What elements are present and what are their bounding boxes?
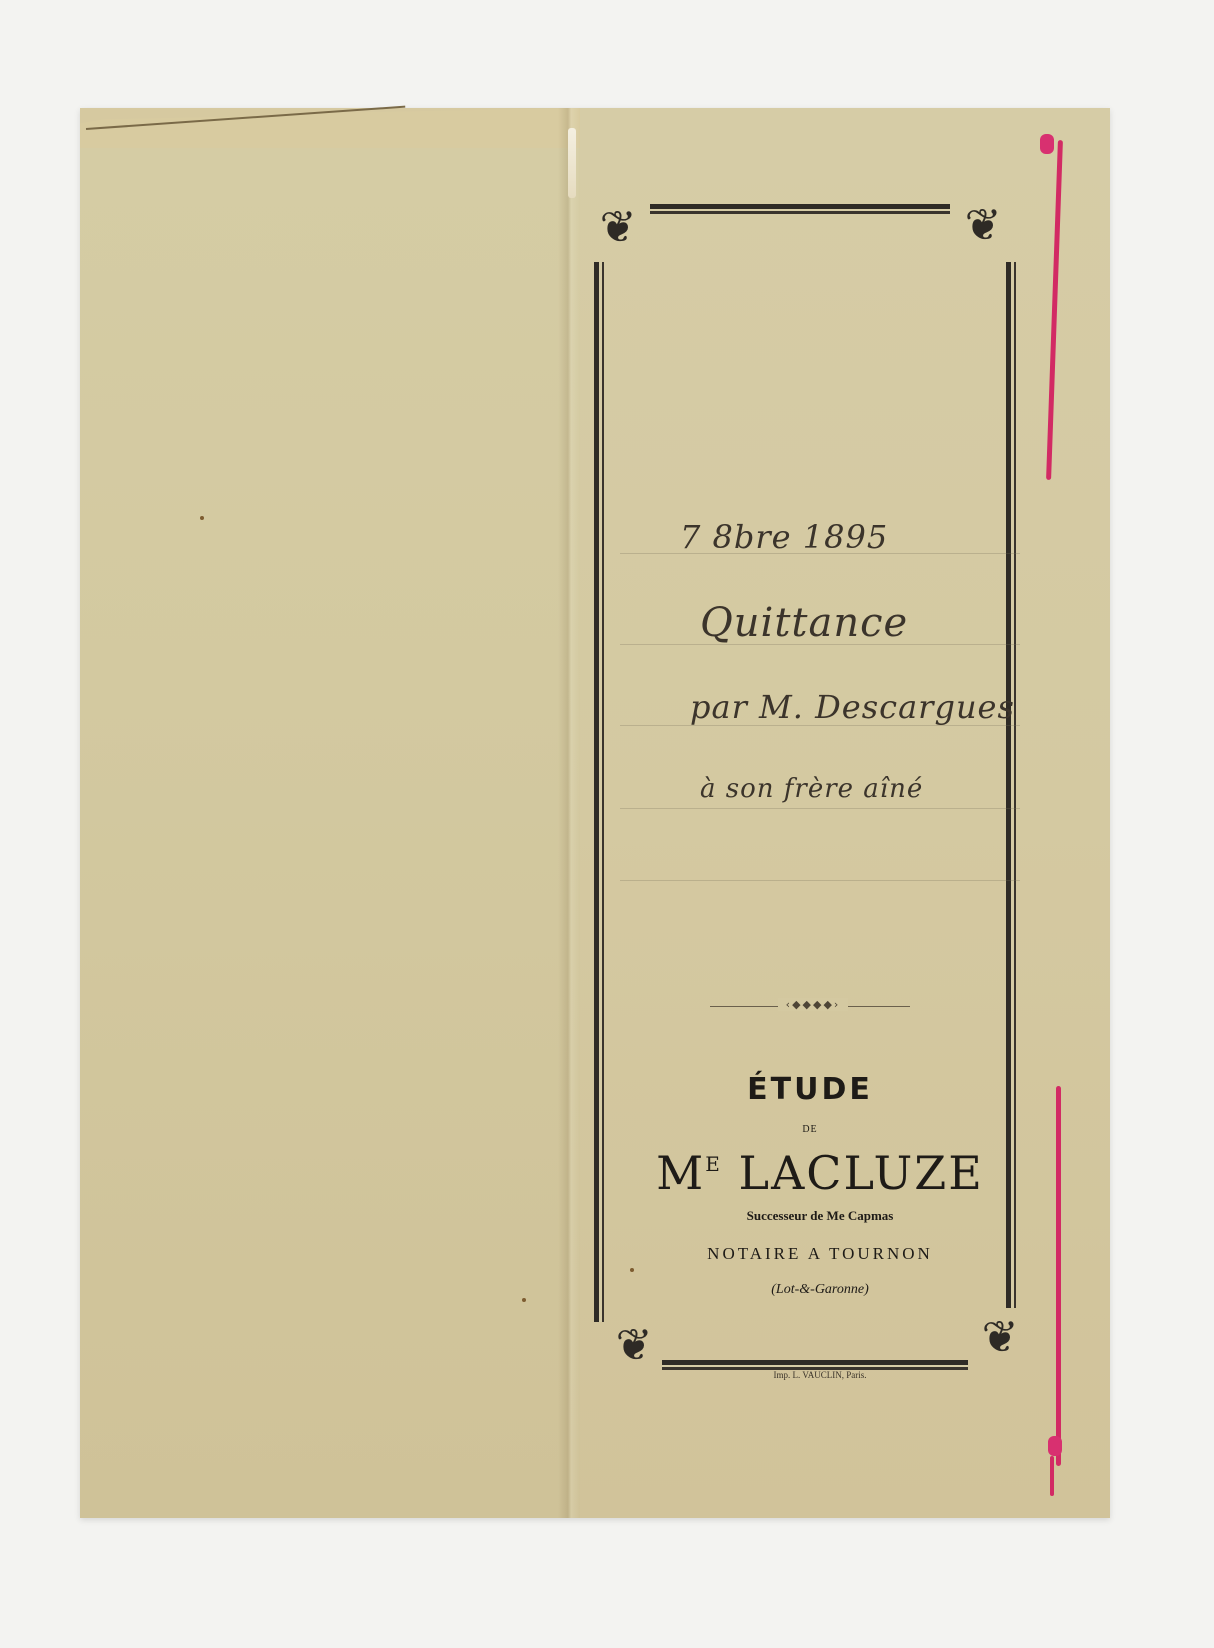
handwritten-to-line: à son frère aîné bbox=[700, 774, 923, 804]
corner-ornament-icon: ❦ bbox=[590, 200, 646, 256]
successor-line: Successeur de Me Capmas bbox=[680, 1208, 960, 1224]
front-panel bbox=[580, 108, 1110, 1518]
heading-etude: ÉTUDE bbox=[690, 1072, 930, 1107]
frame-bottom-border bbox=[662, 1360, 968, 1367]
handwritten-title: Quittance bbox=[700, 600, 908, 646]
divider-ornament: ‹◆◆◆◆› bbox=[778, 998, 848, 1011]
corner-ornament-icon: ❦ bbox=[972, 1310, 1028, 1366]
printer-credit: Imp. L. VAUCLIN, Paris. bbox=[720, 1370, 920, 1380]
cord-knot-bottom bbox=[1048, 1436, 1062, 1456]
department-line: (Lot-&-Garonne) bbox=[700, 1282, 940, 1298]
notary-name: ME LACLUZE bbox=[640, 1146, 1000, 1200]
ruled-line bbox=[620, 880, 1020, 881]
corner-ornament-icon: ❦ bbox=[955, 198, 1011, 254]
heading-de: DE bbox=[780, 1124, 840, 1135]
center-fold bbox=[558, 108, 580, 1518]
fold-tear bbox=[568, 128, 576, 198]
handwritten-date: 7 8bre 1895 bbox=[680, 518, 888, 556]
corner-ornament-icon: ❦ bbox=[606, 1318, 662, 1374]
notary-title-line: NOTAIRE A TOURNON bbox=[640, 1244, 1000, 1264]
cord-knot-top bbox=[1040, 134, 1054, 154]
stain-spot bbox=[630, 1268, 634, 1272]
frame-left-border bbox=[594, 262, 599, 1322]
torn-top-edge bbox=[80, 108, 580, 148]
frame-right-border bbox=[1006, 262, 1011, 1308]
binding-cord-bottom bbox=[1056, 1086, 1061, 1466]
stain-spot bbox=[522, 1298, 526, 1302]
ruled-line bbox=[620, 808, 1020, 809]
back-panel bbox=[80, 136, 580, 1518]
handwritten-by-line: par M. Descargues bbox=[690, 688, 1015, 726]
frame-top-border bbox=[650, 204, 950, 211]
stain-spot bbox=[200, 516, 204, 520]
cord-tail bbox=[1050, 1456, 1054, 1496]
